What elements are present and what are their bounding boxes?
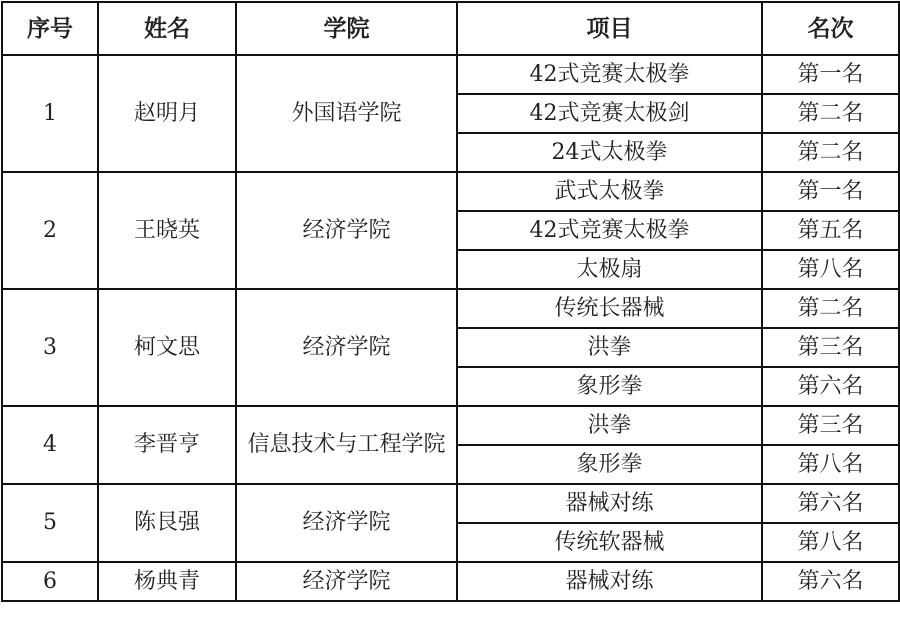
cell-rank: 第八名 <box>762 445 899 484</box>
cell-college: 经济学院 <box>236 484 457 562</box>
cell-no: 1 <box>2 55 98 172</box>
cell-event: 象形拳 <box>457 445 762 484</box>
cell-rank: 第八名 <box>762 250 899 289</box>
cell-name: 赵明月 <box>98 55 236 172</box>
cell-event: 洪拳 <box>457 406 762 445</box>
cell-rank: 第三名 <box>762 406 899 445</box>
cell-no: 2 <box>2 172 98 289</box>
cell-no: 5 <box>2 484 98 562</box>
cell-event: 象形拳 <box>457 367 762 406</box>
cell-no: 4 <box>2 406 98 484</box>
table-row: 2 王晓英 经济学院 武式太极拳 第一名 <box>2 172 899 211</box>
cell-event: 42式竞赛太极剑 <box>457 94 762 133</box>
cell-college: 经济学院 <box>236 562 457 601</box>
cell-no: 6 <box>2 562 98 601</box>
cell-name: 杨典青 <box>98 562 236 601</box>
cell-event: 传统软器械 <box>457 523 762 562</box>
awards-table: 序号 姓名 学院 项目 名次 1 赵明月 外国语学院 42式竞赛太极拳 第一名 … <box>1 1 900 602</box>
cell-event: 42式竞赛太极拳 <box>457 55 762 94</box>
cell-rank: 第六名 <box>762 484 899 523</box>
cell-rank: 第二名 <box>762 289 899 328</box>
table-row: 6 杨典青 经济学院 器械对练 第六名 <box>2 562 899 601</box>
cell-no: 3 <box>2 289 98 406</box>
cell-event: 武式太极拳 <box>457 172 762 211</box>
cell-event: 器械对练 <box>457 562 762 601</box>
cell-event: 器械对练 <box>457 484 762 523</box>
cell-rank: 第六名 <box>762 367 899 406</box>
cell-event: 太极扇 <box>457 250 762 289</box>
cell-event: 传统长器械 <box>457 289 762 328</box>
cell-rank: 第六名 <box>762 562 899 601</box>
table-row: 4 李晋亨 信息技术与工程学院 洪拳 第三名 <box>2 406 899 445</box>
cell-rank: 第五名 <box>762 211 899 250</box>
header-no: 序号 <box>2 2 98 55</box>
table-row: 1 赵明月 外国语学院 42式竞赛太极拳 第一名 <box>2 55 899 94</box>
cell-rank: 第二名 <box>762 133 899 172</box>
cell-name: 王晓英 <box>98 172 236 289</box>
cell-college: 经济学院 <box>236 172 457 289</box>
cell-event: 24式太极拳 <box>457 133 762 172</box>
cell-rank: 第八名 <box>762 523 899 562</box>
header-name: 姓名 <box>98 2 236 55</box>
header-college: 学院 <box>236 2 457 55</box>
cell-rank: 第二名 <box>762 94 899 133</box>
cell-college: 信息技术与工程学院 <box>236 406 457 484</box>
header-event: 项目 <box>457 2 762 55</box>
cell-event: 42式竞赛太极拳 <box>457 211 762 250</box>
table-row: 3 柯文思 经济学院 传统长器械 第二名 <box>2 289 899 328</box>
cell-name: 李晋亨 <box>98 406 236 484</box>
cell-college: 经济学院 <box>236 289 457 406</box>
table-row: 5 陈艮强 经济学院 器械对练 第六名 <box>2 484 899 523</box>
cell-name: 陈艮强 <box>98 484 236 562</box>
cell-event: 洪拳 <box>457 328 762 367</box>
cell-rank: 第三名 <box>762 328 899 367</box>
cell-rank: 第一名 <box>762 172 899 211</box>
cell-college: 外国语学院 <box>236 55 457 172</box>
header-rank: 名次 <box>762 2 899 55</box>
header-row: 序号 姓名 学院 项目 名次 <box>2 2 899 55</box>
cell-rank: 第一名 <box>762 55 899 94</box>
cell-name: 柯文思 <box>98 289 236 406</box>
